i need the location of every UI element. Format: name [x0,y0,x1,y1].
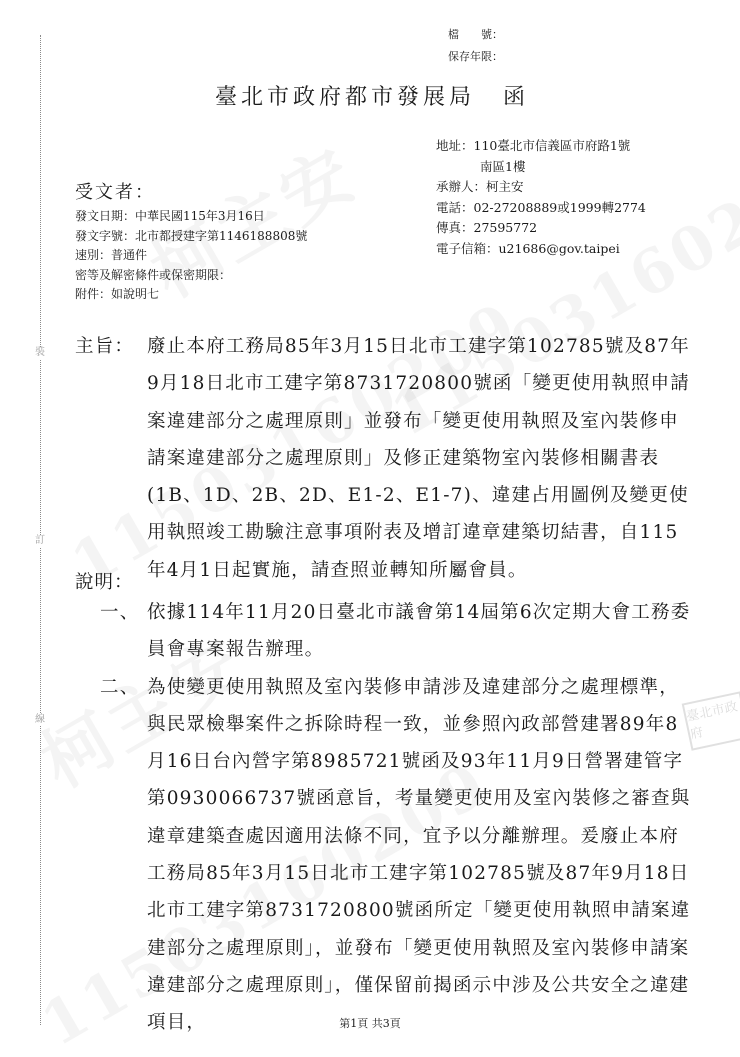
subject-section: 主旨： 廢止本府工務局85年3月15日北市工建字第102785號及87年9月18… [75,328,695,589]
item-number: 二、 [100,669,147,1042]
file-number-label: 檔 號： [448,24,503,46]
recipient-label: 受文者： [75,178,155,204]
file-number-row: 檔 號： [448,24,503,46]
file-meta: 檔 號： 保存年限： [448,24,503,68]
fax: 傳真：27595772 [436,218,646,239]
item-text: 為使變更使用執照及室內裝修申請涉及違建部分之處理標準，與民眾檢舉案件之拆除時程一… [147,669,698,1042]
binding-line [40,35,41,1025]
document-title: 臺北市政府都市發展局函 [215,80,529,111]
explanation-item-1: 一、 依據114年11月20日臺北市議會第14屆第6次定期大會工務委員會專案報告… [100,594,698,669]
explanation-item-2: 二、 為使變更使用執照及室內裝修申請涉及違建部分之處理標準，與民眾檢舉案件之拆除… [100,669,698,1042]
retention-label: 保存年限： [448,46,503,68]
phone: 電話：02-27208889或1999轉2774 [436,198,646,219]
item-number: 一、 [100,594,147,669]
security-class: 密等及解密條件或保密期限： [75,266,307,286]
document-meta: 發文日期：中華民國115年3月16日 發文字號：北市都授建字第114618880… [75,207,307,305]
document-type: 函 [503,85,529,110]
item-text: 依據114年11月20日臺北市議會第14屆第6次定期大會工務委員會專案報告辦理。 [147,594,698,669]
issue-date: 發文日期：中華民國115年3月16日 [75,207,307,227]
agency-name: 臺北市政府都市發展局 [215,85,475,110]
speed-class: 速別：普通件 [75,246,307,266]
subject-label: 主旨： [75,328,147,365]
retention-row: 保存年限： [448,46,503,68]
doc-number: 發文字號：北市都授建字第1146188808號 [75,227,307,247]
binding-mark-bottom: 線 [33,714,47,726]
binding-mark-middle: 訂 [33,535,47,547]
address-line-2: 南區1樓 [436,157,646,178]
subject-text: 廢止本府工務局85年3月15日北市工建字第102785號及87年9月18日北市工… [147,328,695,589]
email: 電子信箱：u21686@gov.taipei [436,239,646,260]
explanation-items: 一、 依據114年11月20日臺北市議會第14屆第6次定期大會工務委員會專案報告… [100,594,698,1042]
handler: 承辦人：柯主安 [436,177,646,198]
explanation-label: 說明： [75,568,134,594]
binding-mark-top: 裝 [33,347,47,359]
address-line-1: 地址：110臺北市信義區市府路1號 [436,136,646,157]
attachment: 附件：如說明七 [75,285,307,305]
page-number: 第1頁 共3頁 [0,1015,740,1031]
contact-block: 地址：110臺北市信義區市府路1號 南區1樓 承辦人：柯主安 電話：02-272… [436,136,646,259]
